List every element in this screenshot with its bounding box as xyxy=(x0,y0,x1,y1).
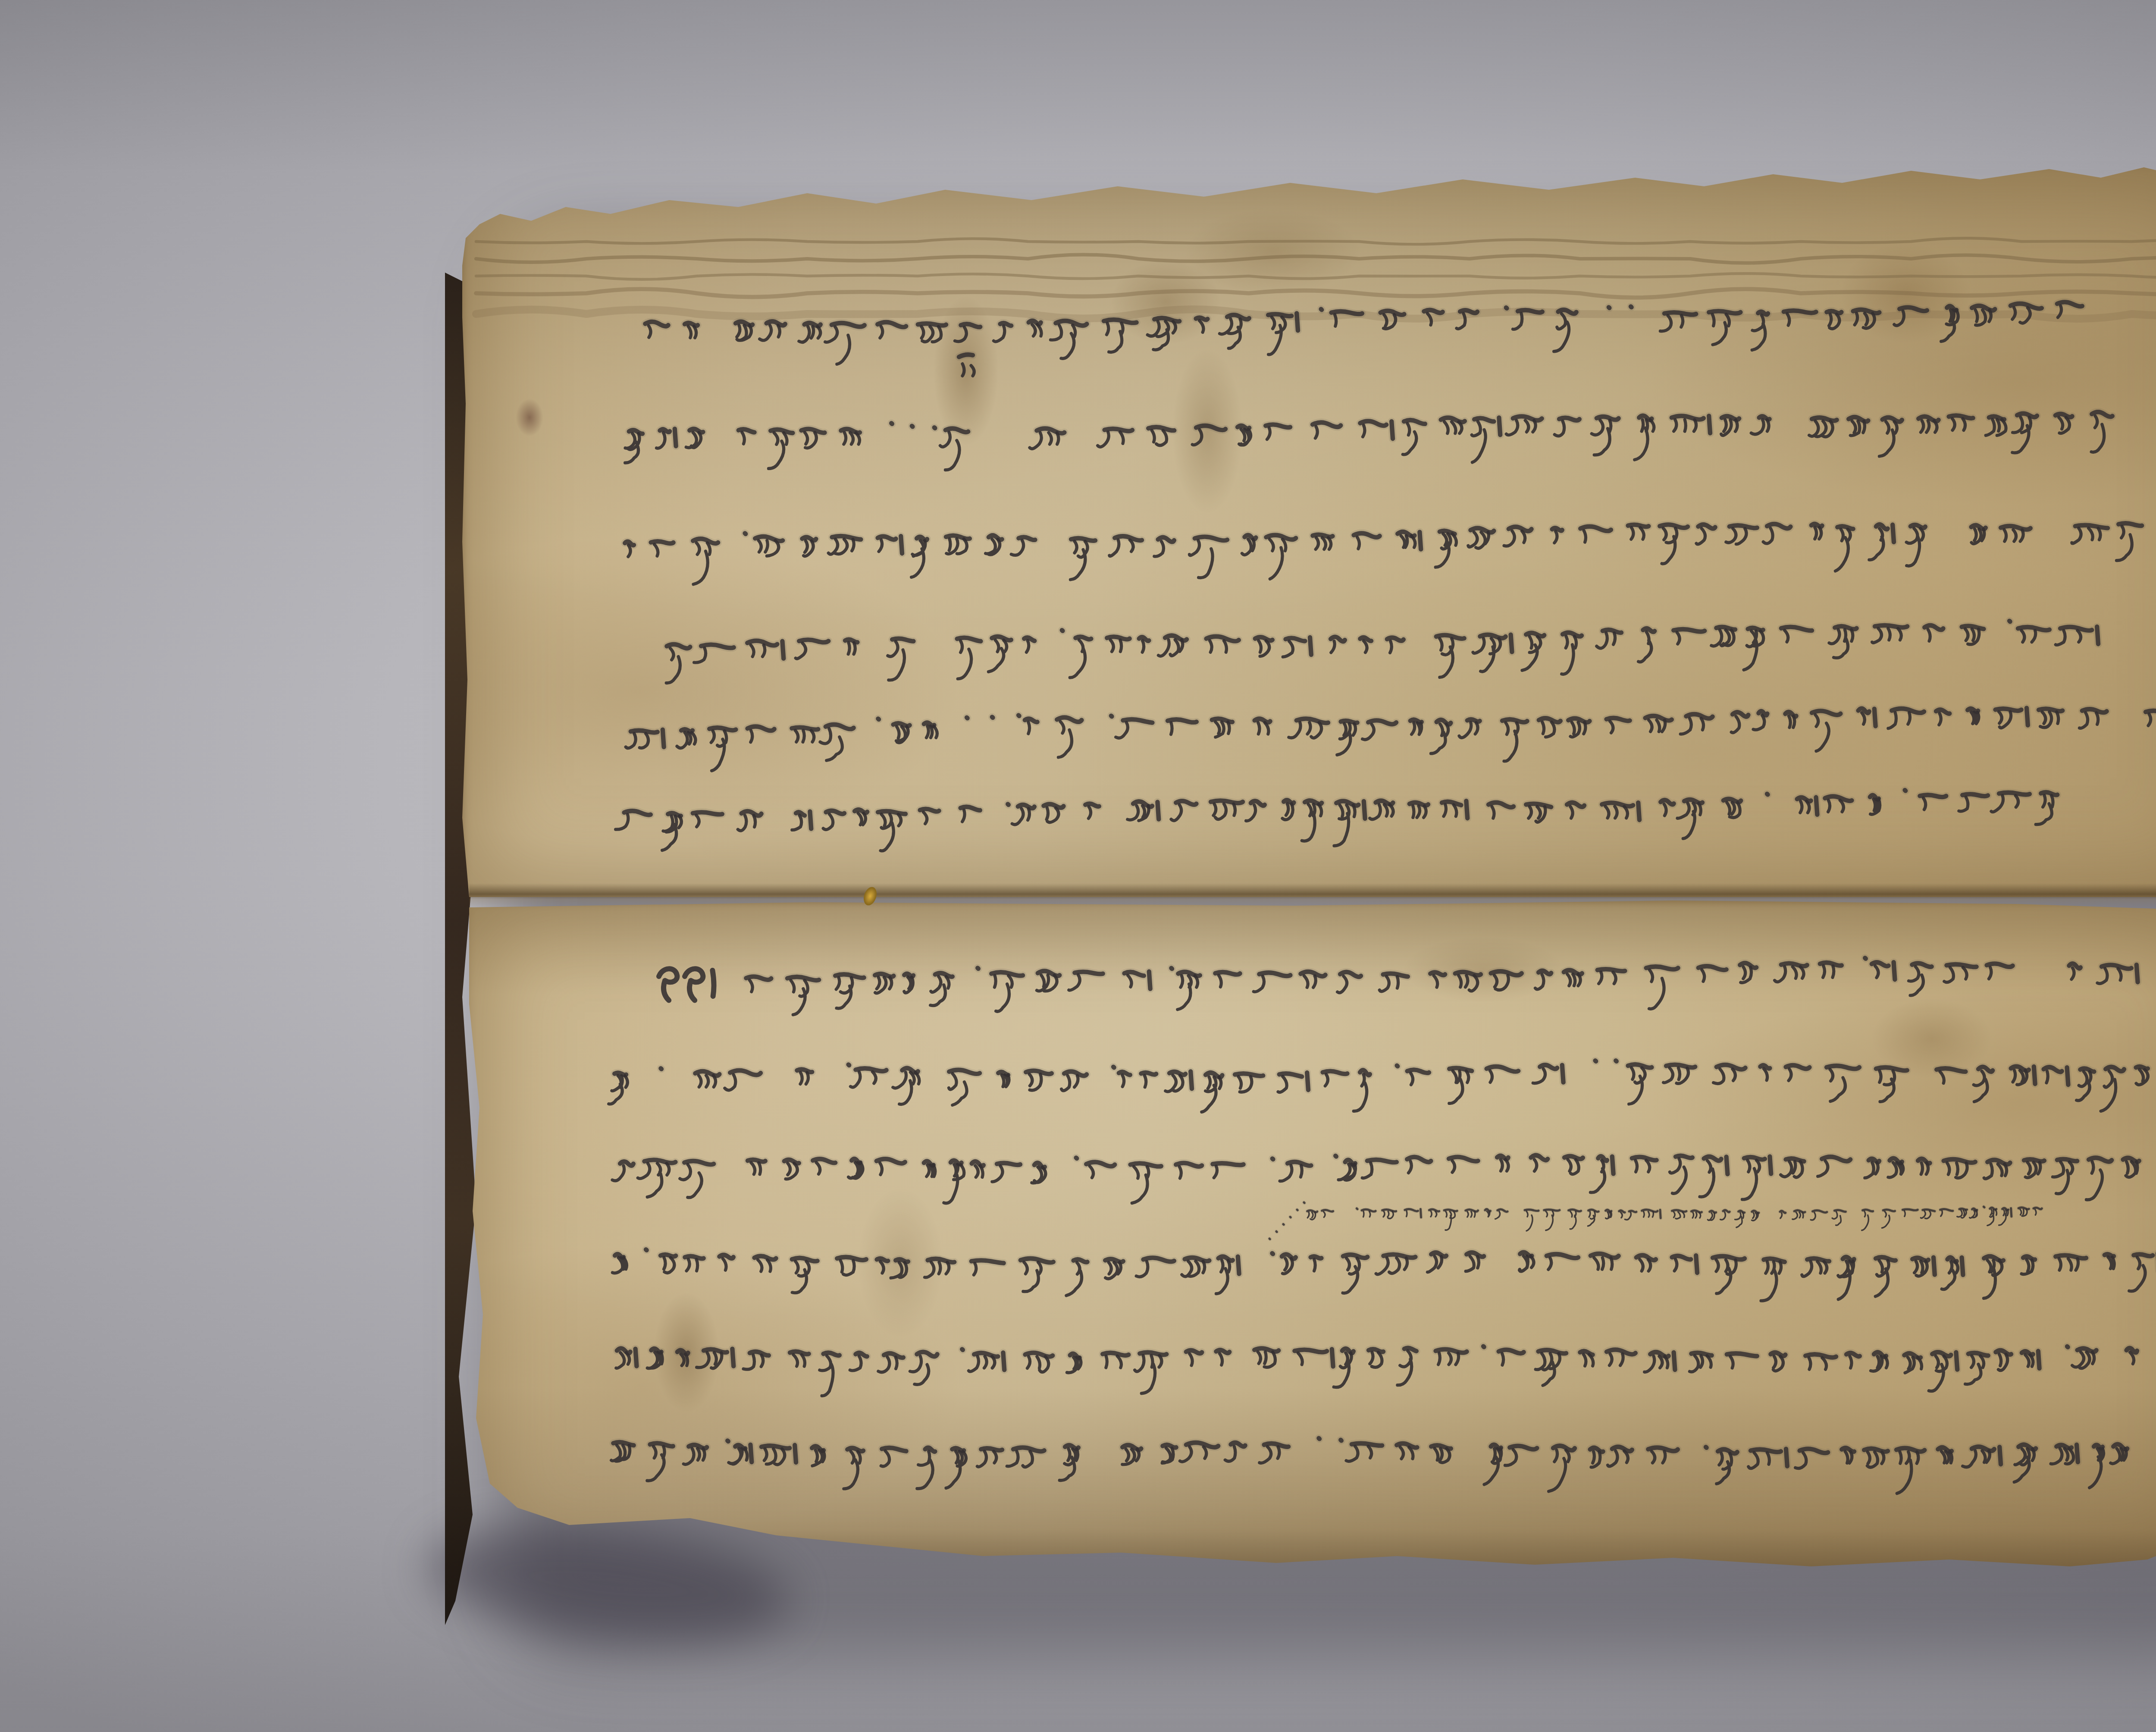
ink-head xyxy=(746,958,2137,989)
upper-page xyxy=(462,162,2156,897)
lower-text-line-6 xyxy=(616,1346,2137,1396)
manuscript-book xyxy=(455,162,2156,1632)
ink-head xyxy=(614,1061,2148,1090)
ink-bleed xyxy=(1269,1202,2042,1239)
ink-head xyxy=(620,1155,2139,1174)
upper-text-line-5 xyxy=(626,708,2156,771)
ink-bleed xyxy=(614,1061,2148,1090)
handwriting-upper xyxy=(462,162,2156,897)
yig-mgo-head-mark xyxy=(659,969,714,1000)
ink-bleed xyxy=(631,708,2156,747)
ink-body xyxy=(666,628,2081,683)
ink-head xyxy=(659,969,714,1000)
lower-text-line-3 xyxy=(612,1155,2139,1203)
lower-text-line-1 xyxy=(746,958,2137,1015)
upper-text-line-4 xyxy=(666,621,2098,683)
upper-text-line-3 xyxy=(625,523,2142,584)
ink-head xyxy=(667,621,2098,659)
center-fold-crease xyxy=(469,883,2156,907)
lower-text-line-2 xyxy=(609,1061,2148,1112)
lower-text-line-5 xyxy=(612,1249,2156,1301)
stacked-page-edge-crease-2 xyxy=(476,254,2156,263)
lower-page xyxy=(466,901,2156,1577)
ink-body xyxy=(611,1445,2127,1494)
upper-text-line-6 xyxy=(616,790,2058,851)
stacked-page-edge-crease-1 xyxy=(476,238,2156,244)
photograph-stage xyxy=(0,0,2156,1732)
upper-text-line-2 xyxy=(625,412,2112,470)
ink-body xyxy=(625,416,2104,470)
ink-body xyxy=(612,1159,2137,1203)
stacked-page-edge-crease-4 xyxy=(476,289,2156,298)
lower-text-line-7 xyxy=(611,1438,2128,1494)
lower-text-line-4 xyxy=(1269,1202,2042,1239)
ink-body xyxy=(612,1256,2145,1301)
stacked-page-edge-crease-3 xyxy=(476,273,2156,279)
handwriting-lower xyxy=(466,901,2156,1577)
ink-body xyxy=(609,1068,2148,1112)
